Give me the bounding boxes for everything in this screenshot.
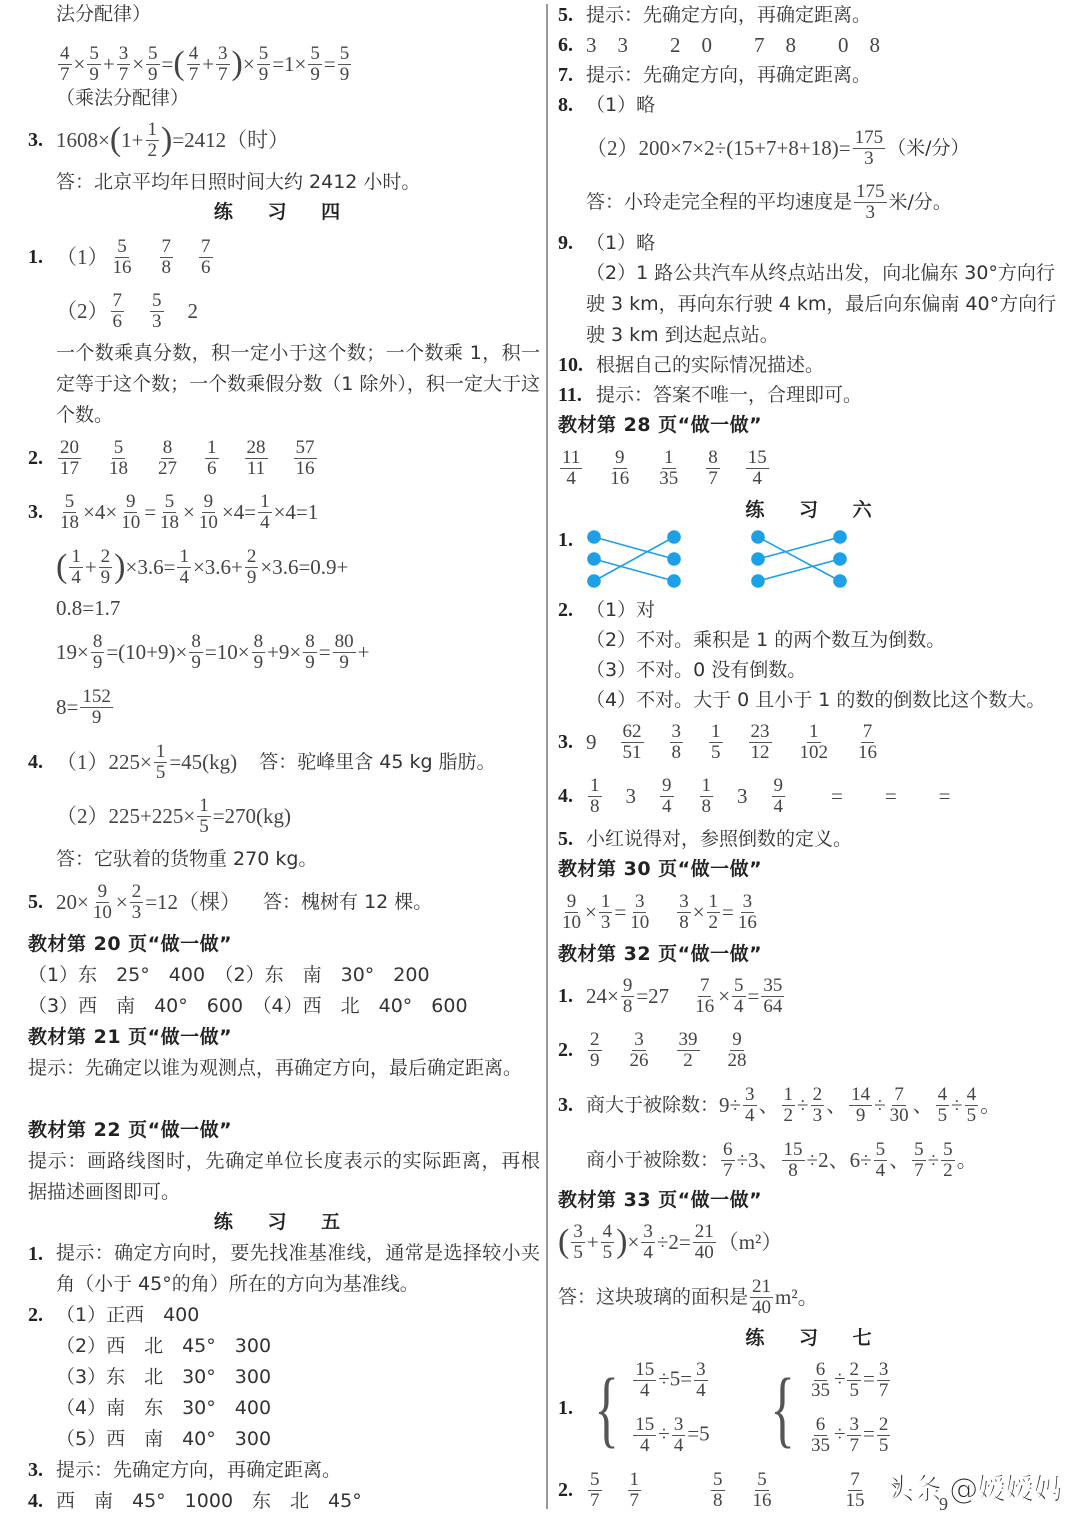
ex4-q1-part2: （2） 76 53 2 bbox=[28, 288, 198, 334]
column-divider bbox=[546, 4, 548, 1509]
ex6-q2-line-1: 2.（1）对 bbox=[558, 596, 655, 624]
left-brace-icon: { bbox=[594, 1368, 619, 1448]
ex5-q5: 5.提示：先确定方向，再确定距离。 bbox=[558, 1, 871, 29]
ex5-q4: 4.西 南 45° 1000 东 北 45° bbox=[28, 1487, 362, 1515]
section-title-exercise-4: 练 习 四 bbox=[28, 198, 540, 226]
distributive-equation: 47×59+37×59=(47+37)×59=1×59=59 bbox=[28, 40, 353, 88]
page-20-line-2: （3）西 南 40° 600 （4）西 北 40° 600 bbox=[28, 992, 468, 1020]
ex4-q3-line3: 0.8=1.7 bbox=[28, 594, 120, 622]
ex5-q2-line-4: （4）南 东 30° 400 bbox=[28, 1394, 271, 1422]
ex7-q2: 2. 57 17 58 516 715 7 9 bbox=[558, 1466, 910, 1514]
ex5-q1-hint: 提示：确定方向时，要先找准基准线，通常是选择较小夹角（小于 45°的角）所在的方… bbox=[56, 1238, 540, 1300]
ex4-q4-part2: （2）225+225×15=270(kg) bbox=[28, 792, 291, 840]
page-21-hint: 提示：先确定以谁为观测点，再确定方向，最后确定距离。 bbox=[28, 1053, 540, 1084]
textbook-page-22-title: 教材第 22 页“做一做” bbox=[28, 1116, 232, 1144]
ex4-q4-part1: 4. （1）225×15=45(kg)答：驼峰里含 45 kg 脂肪。 bbox=[28, 738, 496, 786]
ex4-q1-part1: 1. （1） 516 78 76 bbox=[28, 234, 215, 280]
ex5-q8-answer: 答：小玲走完全程的平均速度是1753米/分。 bbox=[558, 178, 952, 226]
ex5-q6: 6.3 3 2 0 7 8 0 8 bbox=[558, 31, 880, 59]
ex7-q1: 1. { 154÷5=34 154÷34=5 { 635÷25=37 635÷3… bbox=[558, 1360, 892, 1456]
section-title-exercise-7: 练 习 七 bbox=[558, 1324, 1073, 1352]
ex4-q2: 2. 2017 518 827 16 2811 5716 bbox=[28, 434, 319, 482]
ex5-q1-number: 1. bbox=[28, 1240, 56, 1268]
ex5-q2-line-1: 2.（1）正西 400 bbox=[28, 1301, 199, 1329]
ex6-q3: 3. 9 6251 38 15 2312 1102 716 bbox=[558, 718, 881, 766]
watermark: 头条 @嫒嫒妈 bbox=[885, 1467, 1061, 1508]
ex5-q8-part1: 8.（1）略 bbox=[558, 91, 655, 119]
ex5-q8-part2: （2）200×7×2÷(15+7+8+18)=1753（米/分） bbox=[558, 124, 969, 172]
ex5-q2-line-3: （3）东 北 30° 300 bbox=[28, 1363, 271, 1391]
ex6-q4: 4. 18 3 94 18 3 94 = = = bbox=[558, 772, 951, 820]
matching-diagram-right bbox=[752, 531, 846, 587]
page-20-line-1: （1）东 25° 400 （2）东 南 30° 200 bbox=[28, 961, 430, 989]
matching-diagram-left bbox=[588, 531, 680, 587]
question-3-answer: 答：北京平均年日照时间大约 2412 小时。 bbox=[28, 168, 420, 196]
ex6-q2-line-2: （2）不对。乘积是 1 的两个数互为倒数。 bbox=[558, 626, 945, 654]
section-title-exercise-5: 练 习 五 bbox=[28, 1208, 540, 1236]
ex6-q1-number: 1. bbox=[558, 526, 586, 554]
ex5-q2-line-5: （5）西 南 40° 300 bbox=[28, 1425, 271, 1453]
ex6-q5: 5.小红说得对，参照倒数的定义。 bbox=[558, 825, 852, 853]
left-brace-icon: { bbox=[770, 1368, 795, 1448]
ex4-q3-line4: 19×89=(10+9)×89=10×89+9×89=809+ bbox=[28, 628, 369, 676]
ex4-q5: 5. 20×910×23=12（棵）答：槐树有 12 棵。 bbox=[28, 878, 432, 926]
ex4-q4-answer: 答：它驮着的货物重 270 kg。 bbox=[28, 845, 317, 873]
ex4-q1-explanation: 一个数乘真分数，积一定小于这个数；一个数乘 1，积一定等于这个数；一个数乘假分数… bbox=[56, 338, 540, 431]
textbook-page-28-title: 教材第 28 页“做一做” bbox=[558, 411, 762, 439]
matching-diagram bbox=[586, 528, 886, 594]
page-32-q1: 1. 24×98=27 716×54=3564 bbox=[558, 972, 786, 1020]
page-33-answer: 答：这块玻璃的面积是2140 m²。 bbox=[558, 1273, 819, 1321]
page-30-answers: 910×13=310 38×12=316 bbox=[558, 888, 761, 936]
ex5-q2-line-2: （2）西 北 45° 300 bbox=[28, 1332, 271, 1360]
ex6-q2-line-4: （4）不对。大于 0 且小于 1 的数的倒数比这个数大。 bbox=[558, 686, 1045, 714]
ex5-q9-part2: （2）1 路公共汽车从终点站出发，向北偏东 30°方向行驶 3 km，再向东行驶… bbox=[586, 258, 1072, 351]
equation-group-2: { 635÷25=37 635÷37=25 bbox=[762, 1360, 893, 1456]
ex4-q3-line2: (14+29)×3.6=14×3.6+29×3.6=0.9+ bbox=[28, 543, 348, 591]
page-22-hint: 提示：画路线图时，先确定单位长度表示的实际距离，再根据描述画图即可。 bbox=[28, 1146, 540, 1208]
continued-text: 法分配律） bbox=[28, 0, 151, 28]
ex5-q3: 3.提示：先确定方向，再确定距离。 bbox=[28, 1456, 341, 1484]
question-3: 3. 1608×(1+12)=2412（时） bbox=[28, 118, 289, 162]
ex5-q11: 11.提示：答案不唯一，合理即可。 bbox=[558, 381, 862, 409]
page-33-equation: (35+45)×34÷2=2140（m²） bbox=[558, 1218, 782, 1266]
textbook-page-32-title: 教材第 32 页“做一做” bbox=[558, 940, 762, 968]
ex4-q3-line1: 3. 518×4×910=518×910×4=14×4=1 bbox=[28, 488, 318, 536]
page-32-q3-line2: 商小于被除数：67÷3、158÷2、6÷54、57÷52。 bbox=[558, 1136, 978, 1184]
textbook-page-20-title: 教材第 20 页“做一做” bbox=[28, 930, 232, 958]
textbook-page-21-title: 教材第 21 页“做一做” bbox=[28, 1023, 232, 1051]
ex5-q7: 7.提示：先确定方向，再确定距离。 bbox=[558, 61, 871, 89]
page-32-q3-line1: 3. 商大于被除数：9÷34、12÷23、149÷730、45÷45。 bbox=[558, 1081, 1001, 1129]
section-title-exercise-6: 练 习 六 bbox=[558, 496, 1073, 524]
page-32-q2: 2. 29 326 392 928 bbox=[558, 1026, 751, 1074]
textbook-page-30-title: 教材第 30 页“做一做” bbox=[558, 855, 762, 883]
textbook-page-33-title: 教材第 33 页“做一做” bbox=[558, 1186, 762, 1214]
ex6-q2-line-3: （3）不对。0 没有倒数。 bbox=[558, 656, 806, 684]
ex4-q3-line5: 8=1529 bbox=[28, 683, 115, 731]
law-label: （乘法分配律） bbox=[28, 84, 189, 112]
page-28-answers: 114 916 135 87 154 bbox=[558, 444, 771, 492]
equation-group-1: { 154÷5=34 154÷34=5 bbox=[586, 1360, 710, 1456]
ex5-q9-part1: 9.（1）略 bbox=[558, 229, 655, 257]
ex5-q10: 10.根据自己的实际情况描述。 bbox=[558, 351, 824, 379]
